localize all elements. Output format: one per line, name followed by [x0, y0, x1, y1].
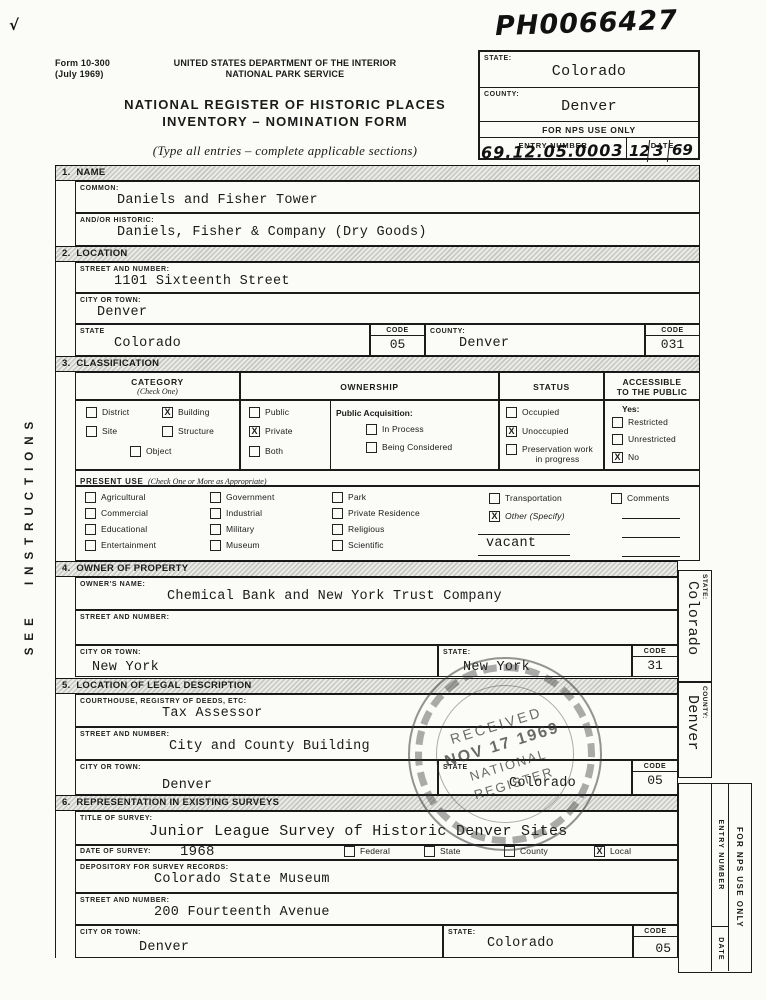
- checkbox-public[interactable]: Public: [249, 407, 289, 418]
- checkbox-icon[interactable]: [366, 424, 377, 435]
- survey-title-value[interactable]: Junior League Survey of Historic Denver …: [149, 823, 677, 840]
- checkbox-unoccupied[interactable]: XUnoccupied: [506, 426, 569, 437]
- sidebar-state-label: STATE:: [701, 571, 710, 680]
- checkbox-label: Unrestricted: [628, 434, 676, 444]
- checkbox-label: Entertainment: [101, 540, 156, 550]
- checkbox-item[interactable]: Park: [332, 492, 420, 503]
- checkbox-icon[interactable]: [85, 492, 96, 503]
- date-value-day[interactable]: 3: [653, 142, 663, 160]
- county-field: COUNTY: Denver: [425, 324, 645, 356]
- checkbox-label: Private Residence: [348, 508, 420, 518]
- public-acquisition-heading: Public Acquisition:: [336, 408, 413, 418]
- checkbox-label: Other (Specify): [505, 511, 565, 521]
- checkbox-icon[interactable]: X: [612, 452, 623, 463]
- checkbox-label: Commercial: [101, 508, 148, 518]
- checkbox-item[interactable]: Government: [210, 492, 274, 503]
- checkbox-label: Structure: [178, 426, 214, 436]
- checkbox-icon[interactable]: [130, 446, 141, 457]
- checkbox-site[interactable]: Site: [86, 426, 117, 437]
- checkbox-federal[interactable]: Federal: [344, 846, 390, 857]
- checkbox-label: Government: [226, 492, 274, 502]
- field-label: STREET AND NUMBER:: [76, 611, 677, 621]
- checkbox-label: Museum: [226, 540, 260, 550]
- sidebar-county-value: Denver: [684, 695, 701, 776]
- legal-code-field: CODE 05: [632, 760, 678, 795]
- checkbox-item[interactable]: Industrial: [210, 508, 274, 519]
- checkbox-item[interactable]: Religious: [332, 524, 420, 535]
- checkbox-label: No: [628, 452, 639, 462]
- checkbox-icon[interactable]: [612, 434, 623, 445]
- checkbox-icon[interactable]: [85, 524, 96, 535]
- checkbox-label: Private: [265, 426, 293, 436]
- entry-number-value[interactable]: 69.12.05.0003: [481, 141, 624, 162]
- checkbox-item[interactable]: Museum: [210, 540, 274, 551]
- checkbox-item[interactable]: Scientific: [332, 540, 420, 551]
- checkbox-icon[interactable]: [249, 407, 260, 418]
- sidebar-nps-use-only-label: FOR NPS USE ONLY: [728, 784, 750, 971]
- section-2-bar: 2. LOCATION: [55, 246, 700, 262]
- checkbox-label: Occupied: [522, 407, 559, 417]
- survey-city-field: CITY OR TOWN: Denver: [75, 925, 443, 958]
- present-use-header: PRESENT USE (Check One or More as Approp…: [75, 470, 700, 486]
- checkbox-label: District: [102, 407, 129, 417]
- sidebar-entry-number-label: ENTRY NUMBER: [712, 784, 728, 927]
- county-code-field: CODE 031: [645, 324, 700, 356]
- checkbox-label: Park: [348, 492, 366, 502]
- checkbox-label: Public: [265, 407, 289, 417]
- county-code-value[interactable]: 031: [646, 336, 699, 352]
- checkbox-item[interactable]: Private Residence: [332, 508, 420, 519]
- handwritten-id: PH0066427: [495, 5, 679, 42]
- field-label: STATE:: [444, 926, 632, 936]
- survey-code-value[interactable]: 05: [634, 937, 677, 956]
- checkbox-icon[interactable]: [506, 407, 517, 418]
- category-header-cell: CATEGORY (Check One): [75, 372, 240, 400]
- field-label: OWNER'S NAME:: [76, 578, 677, 588]
- street-field: STREET AND NUMBER: 1101 Sixteenth Street: [75, 262, 700, 293]
- legal-city-value[interactable]: Denver: [162, 778, 437, 793]
- field-label: AND/OR HISTORIC:: [76, 214, 699, 224]
- checkbox-icon[interactable]: X: [506, 426, 517, 437]
- depository-field: DEPOSITORY FOR SURVEY RECORDS: Colorado …: [75, 860, 678, 893]
- checkbox-icon[interactable]: X: [249, 426, 260, 437]
- owner-name-field: OWNER'S NAME: Chemical Bank and New York…: [75, 577, 678, 610]
- checkbox-preservation[interactable]: Preservation work in progress: [506, 444, 601, 464]
- status-header: STATUS: [500, 373, 603, 392]
- checkbox-private[interactable]: XPrivate: [249, 426, 293, 437]
- checkbox-label: Religious: [348, 524, 385, 534]
- checkbox-icon[interactable]: X: [594, 846, 605, 857]
- status-header-cell: STATUS: [499, 372, 604, 400]
- nps-use-only-label: FOR NPS USE ONLY: [480, 122, 698, 138]
- survey-street-value[interactable]: 200 Fourteenth Avenue: [154, 905, 677, 920]
- checkbox-label: Site: [102, 426, 117, 436]
- field-label: COUNTY:: [426, 325, 644, 335]
- state-value[interactable]: Colorado: [480, 63, 698, 80]
- date-value-year[interactable]: 69: [672, 141, 693, 159]
- common-name-value[interactable]: Daniels and Fisher Tower: [117, 193, 699, 208]
- checkbox-icon[interactable]: [612, 417, 623, 428]
- checkbox-label: Building: [178, 407, 210, 417]
- owner-code-field: CODE 31: [632, 645, 678, 677]
- state-code-value[interactable]: 05: [371, 336, 424, 352]
- code-label: CODE: [633, 761, 677, 772]
- checkbox-label: Local: [610, 846, 631, 856]
- legal-code-value[interactable]: 05: [633, 772, 677, 788]
- historic-name-field: AND/OR HISTORIC: Daniels, Fisher & Compa…: [75, 213, 700, 246]
- handwritten-checkmark: √: [9, 16, 19, 34]
- checkbox-icon[interactable]: [332, 508, 343, 519]
- checkbox-icon[interactable]: [210, 492, 221, 503]
- checkbox-icon[interactable]: [489, 493, 500, 504]
- field-label: CITY OR TOWN:: [76, 294, 699, 304]
- common-name-field: COMMON: Daniels and Fisher Tower: [75, 181, 700, 213]
- city-field: CITY OR TOWN: Denver: [75, 293, 700, 324]
- agency-line2: NATIONAL PARK SERVICE: [125, 69, 445, 80]
- checkbox-other[interactable]: XOther (Specify): [489, 511, 565, 522]
- owner-city-field: CITY OR TOWN: New York: [75, 645, 438, 677]
- owner-name-value[interactable]: Chemical Bank and New York Trust Company: [167, 589, 677, 604]
- form-number-line2: (July 1969): [55, 69, 110, 80]
- form-number-line1: Form 10-300: [55, 58, 110, 69]
- checkbox-icon[interactable]: [366, 442, 377, 453]
- present-use-column-2: GovernmentIndustrialMilitaryMuseum: [210, 492, 274, 551]
- checkbox-label: Restricted: [628, 417, 668, 427]
- depository-value[interactable]: Colorado State Museum: [154, 872, 677, 887]
- code-label: CODE: [634, 926, 677, 937]
- checkbox-building[interactable]: XBuilding: [162, 407, 210, 418]
- county-value[interactable]: Denver: [459, 336, 644, 351]
- checkbox-icon[interactable]: [210, 540, 221, 551]
- ownership-divider: [330, 400, 331, 470]
- checkbox-label: Preservation work in progress: [522, 444, 593, 464]
- checkbox-label: Industrial: [226, 508, 262, 518]
- present-use-label: PRESENT USE: [80, 477, 144, 486]
- sidebar-date-label: DATE: [712, 927, 728, 971]
- ownership-header-cell: OWNERSHIP: [240, 372, 499, 400]
- checkbox-item[interactable]: Military: [210, 524, 274, 535]
- owner-street-field: STREET AND NUMBER:: [75, 610, 678, 645]
- other-write-in-line: [478, 534, 570, 535]
- section-3-bar: 3. CLASSIFICATION: [55, 356, 700, 372]
- comments-line: [622, 556, 680, 557]
- field-label: DEPOSITORY FOR SURVEY RECORDS:: [76, 861, 677, 871]
- agency-heading: UNITED STATES DEPARTMENT OF THE INTERIOR…: [125, 58, 445, 80]
- survey-street-field: STREET AND NUMBER: 200 Fourteenth Avenue: [75, 893, 678, 925]
- checkbox-object[interactable]: Object: [130, 446, 172, 457]
- field-label: DATE OF SURVEY:: [76, 845, 151, 855]
- checkbox-icon[interactable]: [210, 508, 221, 519]
- other-specify-value[interactable]: vacant: [486, 536, 536, 551]
- checkbox-occupied[interactable]: Occupied: [506, 407, 559, 418]
- owner-city-value[interactable]: New York: [92, 660, 437, 675]
- checkbox-being-considered[interactable]: Being Considered: [366, 442, 452, 453]
- stamp-received-line: RECEIVED: [448, 704, 544, 747]
- field-label: STREET AND NUMBER:: [76, 263, 699, 273]
- code-label: CODE: [633, 646, 677, 657]
- field-label: CITY OR TOWN:: [76, 926, 442, 936]
- county-label: COUNTY:: [480, 88, 698, 98]
- present-use-note: (Check One or More as Appropriate): [148, 477, 267, 486]
- checkbox-icon[interactable]: X: [162, 407, 173, 418]
- checkbox-label: In Process: [382, 424, 424, 434]
- sidebar-county-cell: COUNTY: Denver: [678, 682, 712, 778]
- checkbox-restricted[interactable]: Restricted: [612, 417, 668, 428]
- checkbox-item[interactable]: Entertainment: [85, 540, 156, 551]
- category-header: CATEGORY: [76, 373, 239, 387]
- accessible-header-cell: ACCESSIBLE TO THE PUBLIC: [604, 372, 700, 400]
- checkbox-no[interactable]: XNo: [612, 452, 639, 463]
- agency-line1: UNITED STATES DEPARTMENT OF THE INTERIOR: [125, 58, 445, 69]
- owner-code-value[interactable]: 31: [633, 657, 677, 673]
- city-value[interactable]: Denver: [97, 305, 699, 320]
- checkbox-label: Unoccupied: [522, 426, 569, 436]
- other-write-in-line: [478, 555, 570, 556]
- checkbox-icon[interactable]: [85, 508, 96, 519]
- checkbox-icon[interactable]: [86, 426, 97, 437]
- checkbox-local[interactable]: XLocal: [594, 846, 631, 857]
- code-label: CODE: [646, 325, 699, 336]
- comments-line: [622, 518, 680, 519]
- checkbox-label: Educational: [101, 524, 147, 534]
- section-4-bar: 4. OWNER OF PROPERTY: [55, 561, 678, 577]
- survey-state-value[interactable]: Colorado: [487, 936, 632, 951]
- stamp-register-line: REGISTER: [472, 764, 555, 802]
- title-line2: INVENTORY – NOMINATION FORM: [100, 113, 470, 130]
- checkbox-in-process[interactable]: In Process: [366, 424, 424, 435]
- checkbox-unrestricted[interactable]: Unrestricted: [612, 434, 676, 445]
- checkbox-icon[interactable]: X: [489, 511, 500, 522]
- checkbox-item[interactable]: Agricultural: [85, 492, 156, 503]
- sidebar-county-label: COUNTY:: [701, 683, 710, 776]
- checkbox-label: Comments: [627, 493, 669, 503]
- checkbox-icon[interactable]: [162, 426, 173, 437]
- checkbox-comments[interactable]: Comments: [611, 493, 669, 504]
- code-label: CODE: [371, 325, 424, 336]
- state-value[interactable]: Colorado: [114, 336, 369, 351]
- present-use-column-1: AgriculturalCommercialEducationalEnterta…: [85, 492, 156, 551]
- sidebar-state-cell: STATE: Colorado: [678, 570, 712, 682]
- checkbox-structure[interactable]: Structure: [162, 426, 214, 437]
- checkbox-icon[interactable]: [332, 540, 343, 551]
- checkbox-icon[interactable]: [86, 407, 97, 418]
- field-label: STATE: [76, 325, 369, 335]
- category-subheader: (Check One): [76, 387, 239, 396]
- checkbox-icon[interactable]: [249, 446, 260, 457]
- field-label: STREET AND NUMBER:: [76, 894, 677, 904]
- comments-line: [622, 537, 680, 538]
- survey-date-value[interactable]: 1968: [180, 844, 215, 860]
- checkbox-item[interactable]: Commercial: [85, 508, 156, 519]
- survey-state-field: STATE: Colorado: [443, 925, 633, 958]
- street-value[interactable]: 1101 Sixteenth Street: [114, 274, 699, 289]
- checkbox-transportation[interactable]: Transportation: [489, 493, 562, 504]
- accessible-header: ACCESSIBLE TO THE PUBLIC: [605, 373, 699, 397]
- checkbox-district[interactable]: District: [86, 407, 129, 418]
- checkbox-label: Scientific: [348, 540, 384, 550]
- checkbox-icon[interactable]: [344, 846, 355, 857]
- state-code-field: CODE 05: [370, 324, 425, 356]
- sidebar-entry-number-blank[interactable]: [681, 784, 711, 971]
- ownership-header: OWNERSHIP: [241, 373, 498, 392]
- survey-code-field: CODE 05: [633, 925, 678, 958]
- yes-heading: Yes:: [622, 404, 640, 414]
- checkbox-label: Being Considered: [382, 442, 452, 452]
- state-label: STATE:: [480, 52, 698, 62]
- type-note: (Type all entries – complete applicable …: [100, 143, 470, 159]
- checkbox-label: Transportation: [505, 493, 562, 503]
- received-stamp: RECEIVED NOV 17 1969 NATIONAL REGISTER: [408, 657, 602, 851]
- checkbox-icon[interactable]: [332, 492, 343, 503]
- checkbox-icon[interactable]: [210, 524, 221, 535]
- checkbox-label: Object: [146, 446, 172, 456]
- stamp-national-line: NATIONAL: [468, 746, 549, 784]
- field-label: CITY OR TOWN:: [76, 761, 437, 771]
- county-value[interactable]: Denver: [480, 98, 698, 115]
- legal-city-field: CITY OR TOWN: Denver: [75, 760, 438, 795]
- historic-name-value[interactable]: Daniels, Fisher & Company (Dry Goods): [117, 225, 699, 240]
- checkbox-label: Federal: [360, 846, 390, 856]
- survey-city-value[interactable]: Denver: [139, 940, 442, 955]
- state-field: STATE Colorado: [75, 324, 370, 356]
- nomination-form-page: √ Form 10-300 (July 1969) UNITED STATES …: [0, 0, 766, 1000]
- field-label: CITY OR TOWN:: [76, 646, 437, 656]
- form-number: Form 10-300 (July 1969): [55, 58, 110, 80]
- title-line1: NATIONAL REGISTER OF HISTORIC PLACES: [100, 96, 470, 113]
- stamp-date-line: NOV 17 1969: [443, 719, 562, 771]
- section-1-bar: 1. NAME: [55, 165, 700, 181]
- see-instructions-label: SEE INSTRUCTIONS: [24, 415, 36, 655]
- page-title: NATIONAL REGISTER OF HISTORIC PLACES INV…: [100, 96, 470, 130]
- checkbox-icon[interactable]: [332, 524, 343, 535]
- present-use-column-3: ParkPrivate ResidenceReligiousScientific: [332, 492, 420, 551]
- field-label: COMMON:: [76, 182, 699, 192]
- checkbox-both[interactable]: Both: [249, 446, 283, 457]
- checkbox-icon[interactable]: [611, 493, 622, 504]
- checkbox-icon[interactable]: [85, 540, 96, 551]
- sidebar-state-value: Colorado: [684, 581, 701, 680]
- checkbox-label: Military: [226, 524, 254, 534]
- checkbox-label: Both: [265, 446, 283, 456]
- sidebar-nps-box: FOR NPS USE ONLY ENTRY NUMBER DATE: [678, 783, 752, 973]
- checkbox-item[interactable]: Educational: [85, 524, 156, 535]
- checkbox-label: Agricultural: [101, 492, 146, 502]
- checkbox-icon[interactable]: [506, 444, 517, 455]
